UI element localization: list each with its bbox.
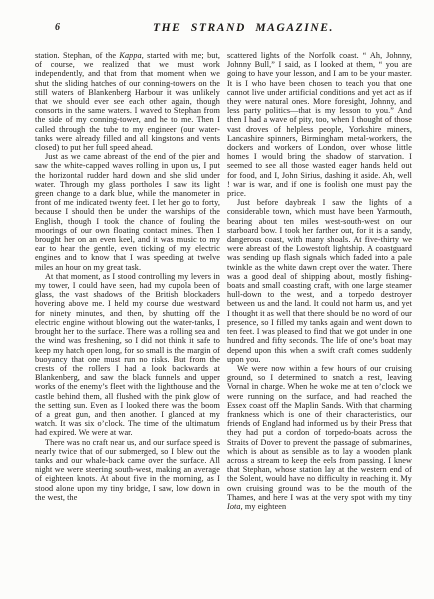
paragraph: We were now within a few hours of our cr… bbox=[227, 364, 412, 511]
magazine-page: 6 THE STRAND MAGAZINE. station. Stephan,… bbox=[0, 0, 434, 599]
paragraph: scattered lights of the Norfolk coast. “… bbox=[227, 51, 412, 198]
text-column-right: scattered lights of the Norfolk coast. “… bbox=[227, 51, 412, 570]
paragraph: There was no craft near us, and our surf… bbox=[35, 438, 220, 502]
paragraph: Just before daybreak I saw the lights of… bbox=[227, 198, 412, 364]
text-body: station. Stephan, of the Kappa, started … bbox=[35, 51, 412, 570]
page-number: 6 bbox=[55, 22, 60, 33]
magazine-title: THE STRAND MAGAZINE. bbox=[153, 22, 334, 34]
paragraph: At that moment, as I stood controlling m… bbox=[35, 272, 220, 438]
paragraph: station. Stephan, of the Kappa, started … bbox=[35, 51, 220, 152]
paragraph: Just as we came abreast of the end of th… bbox=[35, 152, 220, 272]
text-column-left: station. Stephan, of the Kappa, started … bbox=[35, 51, 220, 570]
page-header: 6 THE STRAND MAGAZINE. bbox=[0, 22, 434, 38]
